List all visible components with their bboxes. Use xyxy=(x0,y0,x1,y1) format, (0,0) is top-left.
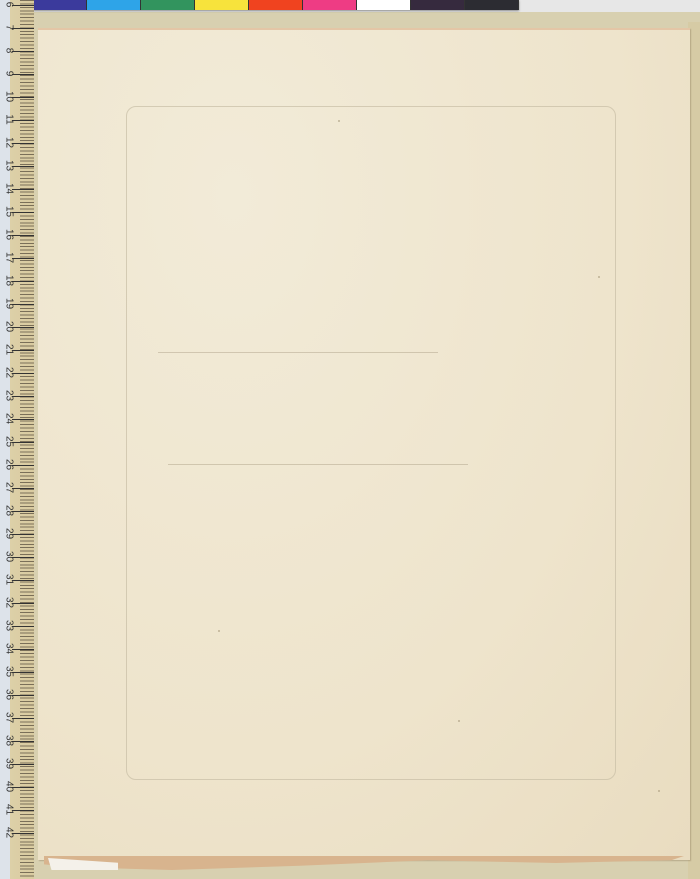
ruler-major-tick xyxy=(12,557,34,558)
ruler-major-tick xyxy=(12,235,34,236)
color-swatch xyxy=(87,0,141,10)
ruler-major-tick xyxy=(12,580,34,581)
ruler-major-tick xyxy=(12,649,34,650)
color-swatch xyxy=(303,0,357,10)
ruler-major-tick xyxy=(12,373,34,374)
ruler-major-tick xyxy=(12,74,34,75)
ruler-major-tick xyxy=(12,488,34,489)
foxing-spot xyxy=(658,790,660,792)
ruler-major-tick xyxy=(12,764,34,765)
ruler-major-tick xyxy=(12,718,34,719)
ruler-major-tick xyxy=(12,603,34,604)
ruler-major-tick xyxy=(12,672,34,673)
ruler-major-tick xyxy=(12,51,34,52)
show-through-line xyxy=(168,464,468,465)
ruler-major-tick xyxy=(12,511,34,512)
foxing-spot xyxy=(458,720,460,722)
ruler-major-tick xyxy=(12,396,34,397)
paper-sheet xyxy=(38,28,690,860)
foxing-spot xyxy=(598,276,600,278)
ruler-major-tick xyxy=(12,695,34,696)
ruler-ticks xyxy=(20,0,34,879)
ruler-major-tick xyxy=(12,258,34,259)
show-through-line xyxy=(158,352,438,353)
ruler-major-tick xyxy=(12,166,34,167)
ruler-major-tick xyxy=(12,626,34,627)
ruler-major-tick xyxy=(12,28,34,29)
ruler-major-tick xyxy=(12,442,34,443)
ruler-major-tick xyxy=(12,189,34,190)
color-swatch xyxy=(33,0,87,10)
ruler-major-tick xyxy=(12,327,34,328)
ruler-major-tick xyxy=(12,120,34,121)
color-swatch xyxy=(411,0,465,10)
color-swatch xyxy=(195,0,249,10)
foxing-spot xyxy=(218,630,220,632)
ruler-major-tick xyxy=(12,787,34,788)
color-swatch xyxy=(141,0,195,10)
ruler-major-tick xyxy=(12,419,34,420)
ruler-major-tick xyxy=(12,304,34,305)
ruler-label: 6 xyxy=(4,0,15,14)
ruler-major-tick xyxy=(12,212,34,213)
ruler-major-tick xyxy=(12,143,34,144)
ruler-major-tick xyxy=(12,741,34,742)
ruler-major-tick xyxy=(12,5,34,6)
ruler-major-tick xyxy=(12,350,34,351)
measurement-ruler: 6789101112131415161718192021222324252627… xyxy=(0,0,34,879)
color-swatch xyxy=(465,0,519,10)
color-swatch xyxy=(357,0,411,10)
color-swatch xyxy=(249,0,303,10)
ruler-major-tick xyxy=(12,833,34,834)
ruler-major-tick xyxy=(12,810,34,811)
ruler-major-tick xyxy=(12,465,34,466)
ruler-major-tick xyxy=(12,534,34,535)
ruler-major-tick xyxy=(12,281,34,282)
plate-mark-impression xyxy=(126,106,616,780)
color-calibration-chart xyxy=(33,0,519,10)
ruler-major-tick xyxy=(12,97,34,98)
foxing-spot xyxy=(338,120,340,122)
